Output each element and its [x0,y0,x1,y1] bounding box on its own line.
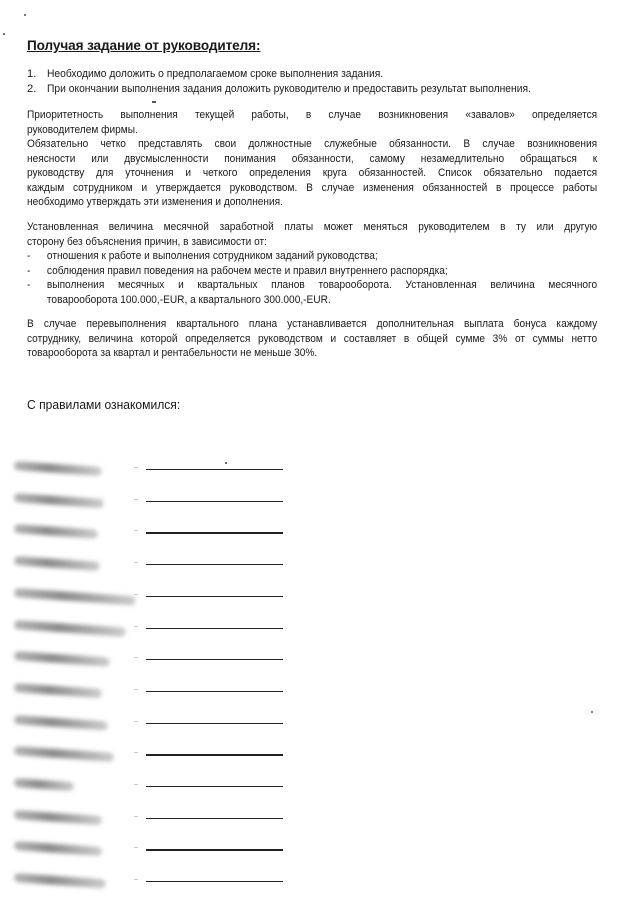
list-item: 2. При окончании выполнения задания доло… [27,82,607,97]
dash-marker: - [27,264,30,279]
signature-row [0,487,320,517]
scan-speck [591,711,593,713]
scan-speck [152,101,156,103]
text-line: неясности или двусмысленности понимания … [27,152,597,167]
text-line: необходимо утверждать эти изменения и до… [27,195,597,210]
scan-tick [134,626,138,627]
signature-line [146,691,283,692]
list-item: -выполнения месячных и квартальных плано… [27,278,597,293]
signature-line [146,723,283,724]
text-line: Обязательно четко представлять свои долж… [27,137,597,152]
scan-tick [134,847,138,848]
scan-tick [134,594,138,595]
list-number: 1. [27,67,36,82]
redacted-name [14,778,74,791]
scan-tick [134,467,138,468]
text-line: каждым сотрудником и утверждается руково… [27,181,597,196]
signature-row [0,772,320,802]
list-item: 1. Необходимо доложить о предполагаемом … [27,67,607,82]
paragraph-salary: Установленная величина месячной заработн… [27,220,597,249]
scan-speck [3,33,5,35]
scan-speck [24,14,26,16]
signature-row [0,677,320,707]
signature-line [146,659,283,660]
scan-tick [134,530,138,531]
redacted-name [14,683,102,698]
dash-marker: - [27,278,30,293]
signature-row [0,518,320,548]
list-number: 2. [27,82,36,97]
scan-speck [225,462,227,464]
redacted-name [14,493,104,508]
text-line: В случае перевыполнения квартального пла… [27,317,597,332]
paragraph-bonus: В случае перевыполнения квартального пла… [27,317,597,361]
list-text: выполнения месячных и квартальных планов… [47,279,597,291]
text-line: товарооборота за квартал и рентабельност… [27,346,597,361]
scan-tick [134,499,138,500]
text-line: сотруднику, величина которой определяетс… [27,332,597,347]
signature-line [146,596,283,597]
dash-marker: - [27,249,30,264]
text-line: руководителем фирмы. [27,123,597,138]
signature-line [146,564,283,565]
redacted-name [14,873,106,888]
acknowledgement-label: С правилами ознакомился: [27,397,180,412]
list-item: -соблюдения правил поведения на рабочем … [27,264,597,279]
paragraph-priority: Приоритетность выполнения текущей работы… [27,108,597,137]
redacted-name [14,841,102,856]
signature-line [146,786,283,787]
redacted-name [14,524,98,539]
signature-line [146,754,283,755]
text-line: сторону без объяснения причин, в зависим… [27,235,597,250]
signature-row [0,455,320,485]
scan-tick [134,689,138,690]
signature-row [0,614,320,644]
scan-tick [134,784,138,785]
signature-line [146,532,283,533]
list-text: товарооборота 100.000,-EUR, а квартально… [47,294,331,306]
signature-line [146,469,283,470]
signature-line [146,501,283,502]
signature-row [0,804,320,834]
redacted-name [14,651,110,667]
list-item: -отношения к работе и выполнения сотрудн… [27,249,597,264]
text-line: Установленная величина месячной заработн… [27,220,597,235]
redacted-name [14,746,114,762]
redacted-name [14,810,102,825]
paragraph-duties: Обязательно четко представлять свои долж… [27,137,597,210]
list-text: Необходимо доложить о предполагаемом сро… [47,67,383,82]
scan-tick [134,657,138,658]
signature-line [146,881,283,882]
redacted-name [14,556,100,571]
signature-row [0,835,320,865]
redacted-name [14,620,126,637]
list-item-continuation: товарооборота 100.000,-EUR, а квартально… [27,293,597,308]
redacted-name [14,461,102,476]
signature-row [0,582,320,612]
signature-line [146,818,283,819]
scan-tick [134,752,138,753]
redacted-name [14,715,108,731]
scan-tick [134,562,138,563]
signature-row [0,867,320,897]
signature-row [0,740,320,770]
signature-row [0,709,320,739]
signature-row [0,645,320,675]
document-page: Получая задание от руководителя: 1. Необ… [0,0,640,910]
scan-tick [134,721,138,722]
text-line: Приоритетность выполнения текущей работы… [27,108,597,123]
signature-line [146,849,283,850]
list-text: соблюдения правил поведения на рабочем м… [47,265,448,277]
signature-row [0,550,320,580]
list-text: При окончании выполнения задания доложит… [47,82,531,97]
text-line: руководству для уточнения и четкого опре… [27,166,597,181]
document-title: Получая задание от руководителя: [27,37,260,53]
numbered-list: 1. Необходимо доложить о предполагаемом … [27,67,607,97]
redacted-name [14,588,136,605]
signature-line [146,628,283,629]
scan-tick [134,816,138,817]
list-text: отношения к работе и выполнения сотрудни… [47,250,378,262]
salary-conditions-list: -отношения к работе и выполнения сотрудн… [27,249,597,307]
scan-tick [134,879,138,880]
